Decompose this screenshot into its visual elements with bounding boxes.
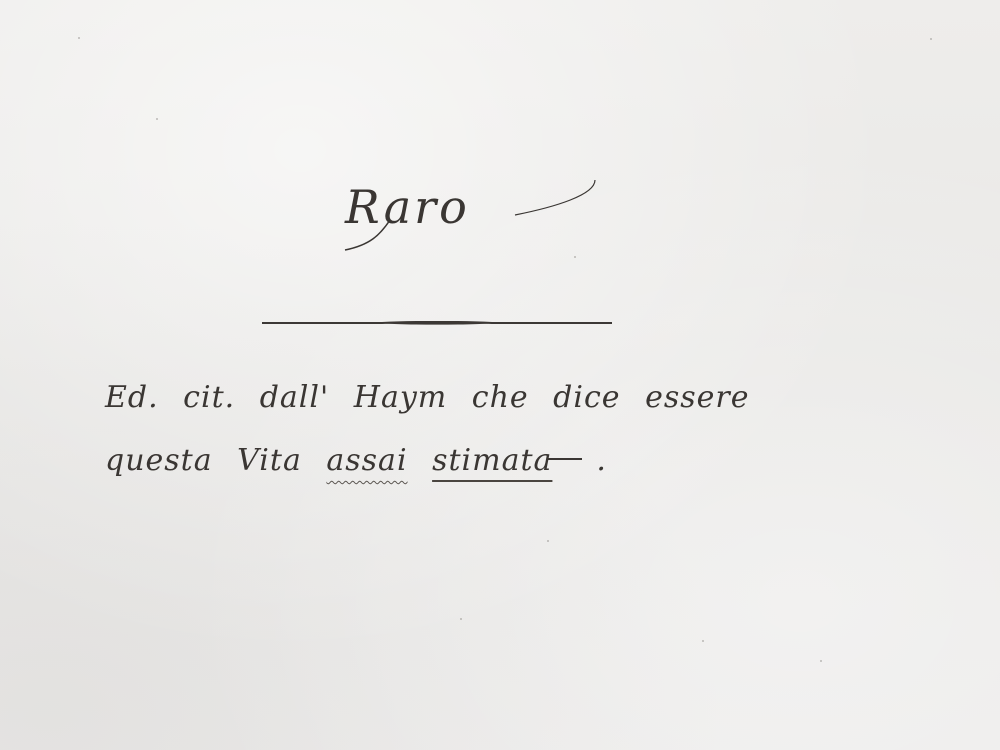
trailing-flourish [548,458,582,460]
paper-speck [78,37,80,39]
underlined-word-stimata: stimata [432,443,552,478]
underlined-word-assai: assai [326,443,407,478]
body-text: questa Vita [105,443,302,478]
divider-line [262,321,612,325]
paper-speck [156,118,158,120]
body-text: dall' Haym che dice essere [260,380,750,415]
paper-speck [820,660,822,662]
body-line-2: questa Vita assai stimata. [105,443,607,478]
paper-speck [547,540,549,542]
title-flourish-stroke [340,175,605,260]
paper-speck [930,38,932,40]
period: . [596,443,607,478]
body-line-1: Ed. cit. dall' Haym che dice essere [105,380,749,415]
paper-speck [460,618,462,620]
paper-background [0,0,1000,750]
abbreviation-ed-cit: Ed. cit. [105,380,235,415]
paper-speck [702,640,704,642]
